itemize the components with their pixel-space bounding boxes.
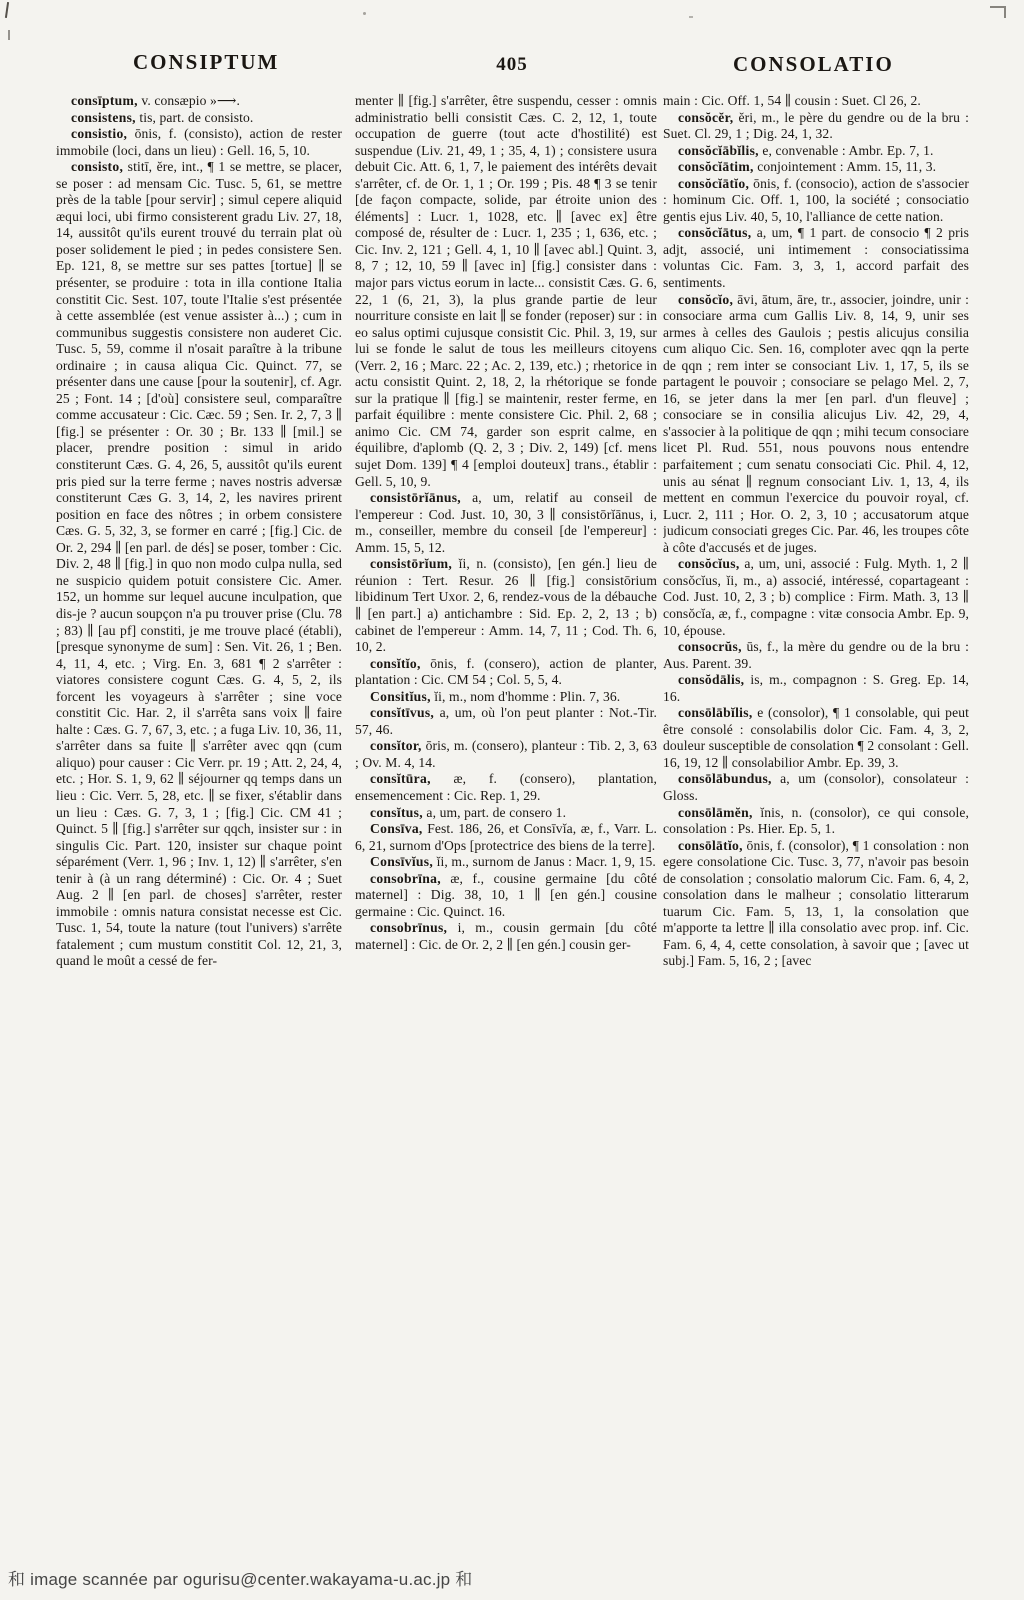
entry-headword: consistens, <box>71 110 136 125</box>
dictionary-entry: consŏcĭo, āvi, ātum, āre, tr., associer,… <box>663 292 969 557</box>
entry-headword: consistōrĭānus, <box>370 490 461 505</box>
entry-headword: consōlābundus, <box>678 771 772 786</box>
scan-artifact-corner <box>990 6 1006 18</box>
dictionary-entry: consŏcĭātus, a, um, ¶ 1 part. de consoci… <box>663 225 969 291</box>
scan-credit: 和 image scannée par ogurisu@center.wakay… <box>8 1565 472 1590</box>
guide-word-right: CONSOLATIO <box>733 52 894 77</box>
dictionary-page: CONSIPTUM 405 CONSOLATIO consīptum, v. c… <box>0 0 1024 1600</box>
entry-headword: consistio, <box>71 126 127 141</box>
column-2: menter ∥ [fig.] s'arrêter, être suspendu… <box>355 93 657 1557</box>
dictionary-entry: Consīva, Fest. 186, 26, et Consīvĭa, æ, … <box>355 821 657 854</box>
dictionary-entry: consistio, ōnis, f. (consisto), action d… <box>56 126 342 159</box>
entry-headword: consŏcĭus, <box>678 556 740 571</box>
dictionary-entry: consistens, tis, part. de consisto. <box>56 110 342 127</box>
entry-headword: consōlāmĕn, <box>678 805 753 820</box>
entry-headword: consŏcĕr, <box>678 110 733 125</box>
dictionary-entry: consīptum, v. consæpio »⟶. <box>56 93 342 110</box>
entry-headword: consōlātĭo, <box>678 838 743 853</box>
entry-headword: Consitĭus, <box>370 689 431 704</box>
entry-headword: consĭtūra, <box>370 771 431 786</box>
entry-headword: consistōrĭum, <box>370 556 452 571</box>
entry-headword: consŏcĭātim, <box>678 159 754 174</box>
dictionary-entry: consōlāmĕn, ĭnis, n. (consolor), ce qui … <box>663 805 969 838</box>
scan-artifact-dash <box>5 2 9 18</box>
dictionary-entry: consŏcĭus, a, um, uni, associé : Fulg. M… <box>663 556 969 639</box>
entry-headword: Consīva, <box>370 821 423 836</box>
running-head: CONSIPTUM 405 CONSOLATIO <box>0 50 1024 80</box>
entry-headword: consŏcĭo, <box>678 292 733 307</box>
dictionary-entry: consĭtor, ōris, m. (consero), planteur :… <box>355 738 657 771</box>
dictionary-entry: consĭtĭo, ōnis, f. (consero), action de … <box>355 656 657 689</box>
entry-headword: Consīvĭus, <box>370 854 433 869</box>
entry-headword: consĭtĭo, <box>370 656 421 671</box>
entry-headword: consobrīna, <box>370 871 441 886</box>
dictionary-entry: consŏcĭātĭo, ōnis, f. (consocio), action… <box>663 176 969 226</box>
entry-headword: consŏcĭātus, <box>678 225 751 240</box>
entry-headword: consĭtor, <box>370 738 422 753</box>
entry-headword: consĭtus, <box>370 805 423 820</box>
dictionary-entry: consŏdālis, is, m., compagnon : S. Greg.… <box>663 672 969 705</box>
entry-headword: consisto, <box>71 159 123 174</box>
entry-headword: consŏdālis, <box>678 672 744 687</box>
entry-headword: consīptum, <box>71 93 138 108</box>
dictionary-entry: consĭtūra, æ, f. (consero), plantation, … <box>355 771 657 804</box>
scan-artifact-dot <box>689 16 693 18</box>
dictionary-entry: Consīvĭus, ĭi, m., surnom de Janus : Mac… <box>355 854 657 871</box>
entry-headword: consŏcĭābĭlis, <box>678 143 759 158</box>
page-number: 405 <box>462 54 562 76</box>
scan-artifact-dash <box>8 30 10 40</box>
dictionary-entry: consĭtus, a, um, part. de consero 1. <box>355 805 657 822</box>
entry-headword: consōlābĭlis, <box>678 705 753 720</box>
dictionary-entry: Consitĭus, ĭi, m., nom d'homme : Plin. 7… <box>355 689 657 706</box>
dictionary-entry: consŏcĭābĭlis, e, convenable : Ambr. Ep.… <box>663 143 969 160</box>
dictionary-entry: consistōrĭānus, a, um, relatif au consei… <box>355 490 657 556</box>
column-1: consīptum, v. consæpio »⟶.consistens, ti… <box>56 93 342 1557</box>
column-3: main : Cic. Off. 1, 54 ∥ cousin : Suet. … <box>663 93 969 1557</box>
text-columns: consīptum, v. consæpio »⟶.consistens, ti… <box>56 93 969 1557</box>
entry-headword: consocrŭs, <box>678 639 742 654</box>
entry-continuation: menter ∥ [fig.] s'arrêter, être suspendu… <box>355 93 657 490</box>
dictionary-entry: consŏcĭātim, conjointement : Amm. 15, 11… <box>663 159 969 176</box>
dictionary-entry: consocrŭs, ūs, f., la mère du gendre ou … <box>663 639 969 672</box>
dictionary-entry: consōlābĭlis, e (consolor), ¶ 1 consolab… <box>663 705 969 771</box>
dictionary-entry: consŏcĕr, ĕri, m., le père du gendre ou … <box>663 110 969 143</box>
entry-headword: consobrīnus, <box>370 920 447 935</box>
dictionary-entry: consobrīnus, i, m., cousin germain [du c… <box>355 920 657 953</box>
dictionary-entry: consobrīna, æ, f., cousine germaine [du … <box>355 871 657 921</box>
dictionary-entry: consistōrĭum, ĭi, n. (consisto), [en gén… <box>355 556 657 655</box>
dictionary-entry: consĭtīvus, a, um, où l'on peut planter … <box>355 705 657 738</box>
entry-continuation: main : Cic. Off. 1, 54 ∥ cousin : Suet. … <box>663 93 969 110</box>
entry-headword: consĭtīvus, <box>370 705 434 720</box>
scan-artifact-dot <box>363 12 366 15</box>
dictionary-entry: consisto, stitī, ĕre, int., ¶ 1 se mettr… <box>56 159 342 970</box>
dictionary-entry: consōlātĭo, ōnis, f. (consolor), ¶ 1 con… <box>663 838 969 970</box>
dictionary-entry: consōlābundus, a, um (consolor), consola… <box>663 771 969 804</box>
guide-word-left: CONSIPTUM <box>133 50 279 75</box>
entry-headword: consŏcĭātĭo, <box>678 176 749 191</box>
